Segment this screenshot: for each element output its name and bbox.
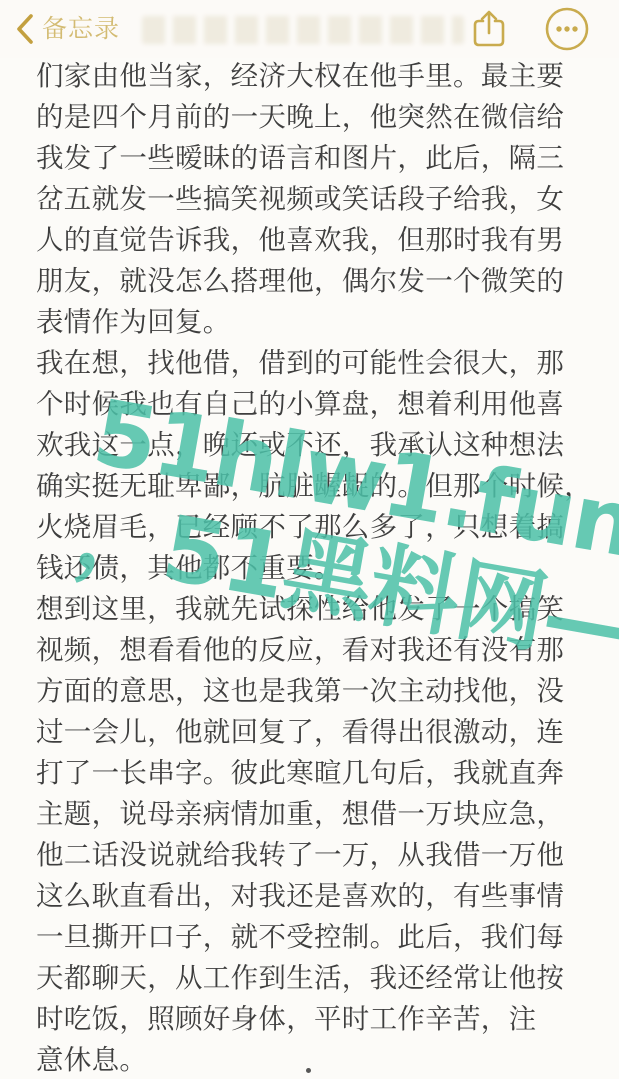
note-content[interactable]: 们家由他当家，经济大权在他手里。最主要 的是四个月前的一天晚上，他突然在微信给 … [36, 56, 596, 1079]
notes-screen: 们家由他当家，经济大权在他手里。最主要 的是四个月前的一天晚上，他突然在微信给 … [0, 0, 619, 1079]
back-label: 备忘录 [42, 17, 120, 42]
chevron-left-icon [12, 12, 36, 46]
more-button[interactable] [544, 7, 590, 53]
stray-dot [306, 1068, 311, 1073]
share-button[interactable] [466, 7, 512, 53]
back-button[interactable]: 备忘录 [8, 8, 124, 50]
nav-bar: 备忘录 [0, 0, 619, 58]
ellipsis-icon [544, 6, 590, 55]
header-ghost-text [142, 16, 464, 44]
share-icon [467, 7, 511, 54]
